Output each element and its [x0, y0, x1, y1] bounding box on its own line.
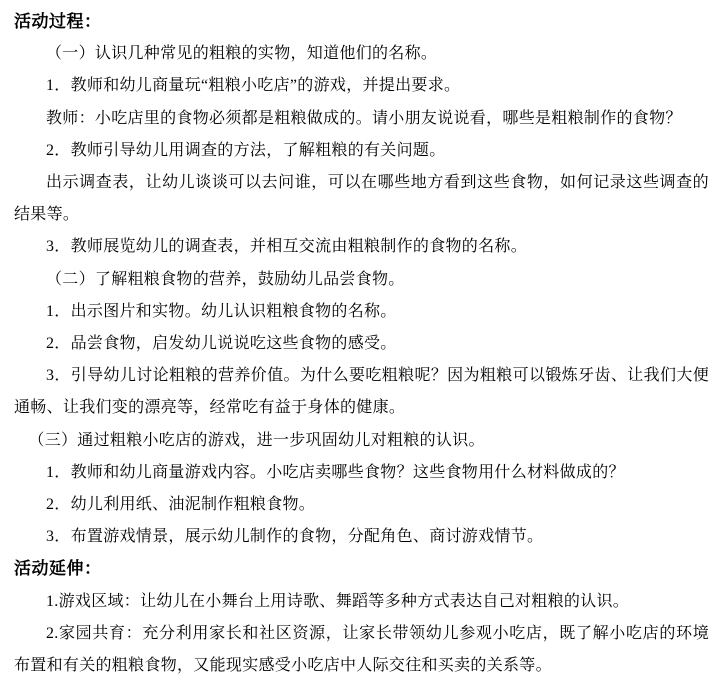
- document-page: 活动过程： （一）认识几种常见的粗粮的实物，知道他们的名称。 1．教师和幼儿商量…: [0, 0, 723, 697]
- paragraph: 2．教师引导幼儿用调查的方法，了解粗粮的有关问题。: [14, 135, 709, 167]
- paragraph: 2.家园共育：充分利用家长和社区资源，让家长带领幼儿参观小吃店，既了解小吃店的环…: [14, 618, 709, 682]
- paragraph: 1．出示图片和实物。幼儿认识粗粮食物的名称。: [14, 296, 709, 328]
- paragraph: 教师：小吃店里的食物必须都是粗粮做成的。请小朋友说说看，哪些是粗粮制作的食物？: [14, 103, 709, 135]
- paragraph: 3．布置游戏情景，展示幼儿制作的食物，分配角色、商讨游戏情节。: [14, 521, 709, 553]
- paragraph: 出示调查表，让幼儿谈谈可以去问谁，可以在哪些地方看到这些食物，如何记录这些调查的…: [14, 167, 709, 231]
- paragraph: 1．教师和幼儿商量游戏内容。小吃店卖哪些食物？这些食物用什么材料做成的？: [14, 457, 709, 489]
- paragraph: （二）了解粗粮食物的营养，鼓励幼儿品尝食物。: [14, 264, 709, 296]
- paragraph: 2．品尝食物，启发幼儿说说吃这些食物的感受。: [14, 328, 709, 360]
- paragraph: 3．引导幼儿讨论粗粮的营养价值。为什么要吃粗粮呢？因为粗粮可以锻炼牙齿、让我们大…: [14, 360, 709, 424]
- paragraph: 3．教师展览幼儿的调查表，并相互交流由粗粮制作的食物的名称。: [14, 231, 709, 263]
- paragraph: （一）认识几种常见的粗粮的实物，知道他们的名称。: [14, 38, 709, 70]
- paragraph: 1．教师和幼儿商量玩“粗粮小吃店”的游戏，并提出要求。: [14, 70, 709, 102]
- paragraph: （三）通过粗粮小吃店的游戏，进一步巩固幼儿对粗粮的认识。: [14, 425, 709, 457]
- paragraph: 1.游戏区域：让幼儿在小舞台上用诗歌、舞蹈等多种方式表达自己对粗粮的认识。: [14, 586, 709, 618]
- section-heading-activity-process: 活动过程：: [14, 6, 709, 38]
- section-heading-activity-extension: 活动延伸：: [14, 553, 709, 585]
- paragraph: 2．幼儿利用纸、油泥制作粗粮食物。: [14, 489, 709, 521]
